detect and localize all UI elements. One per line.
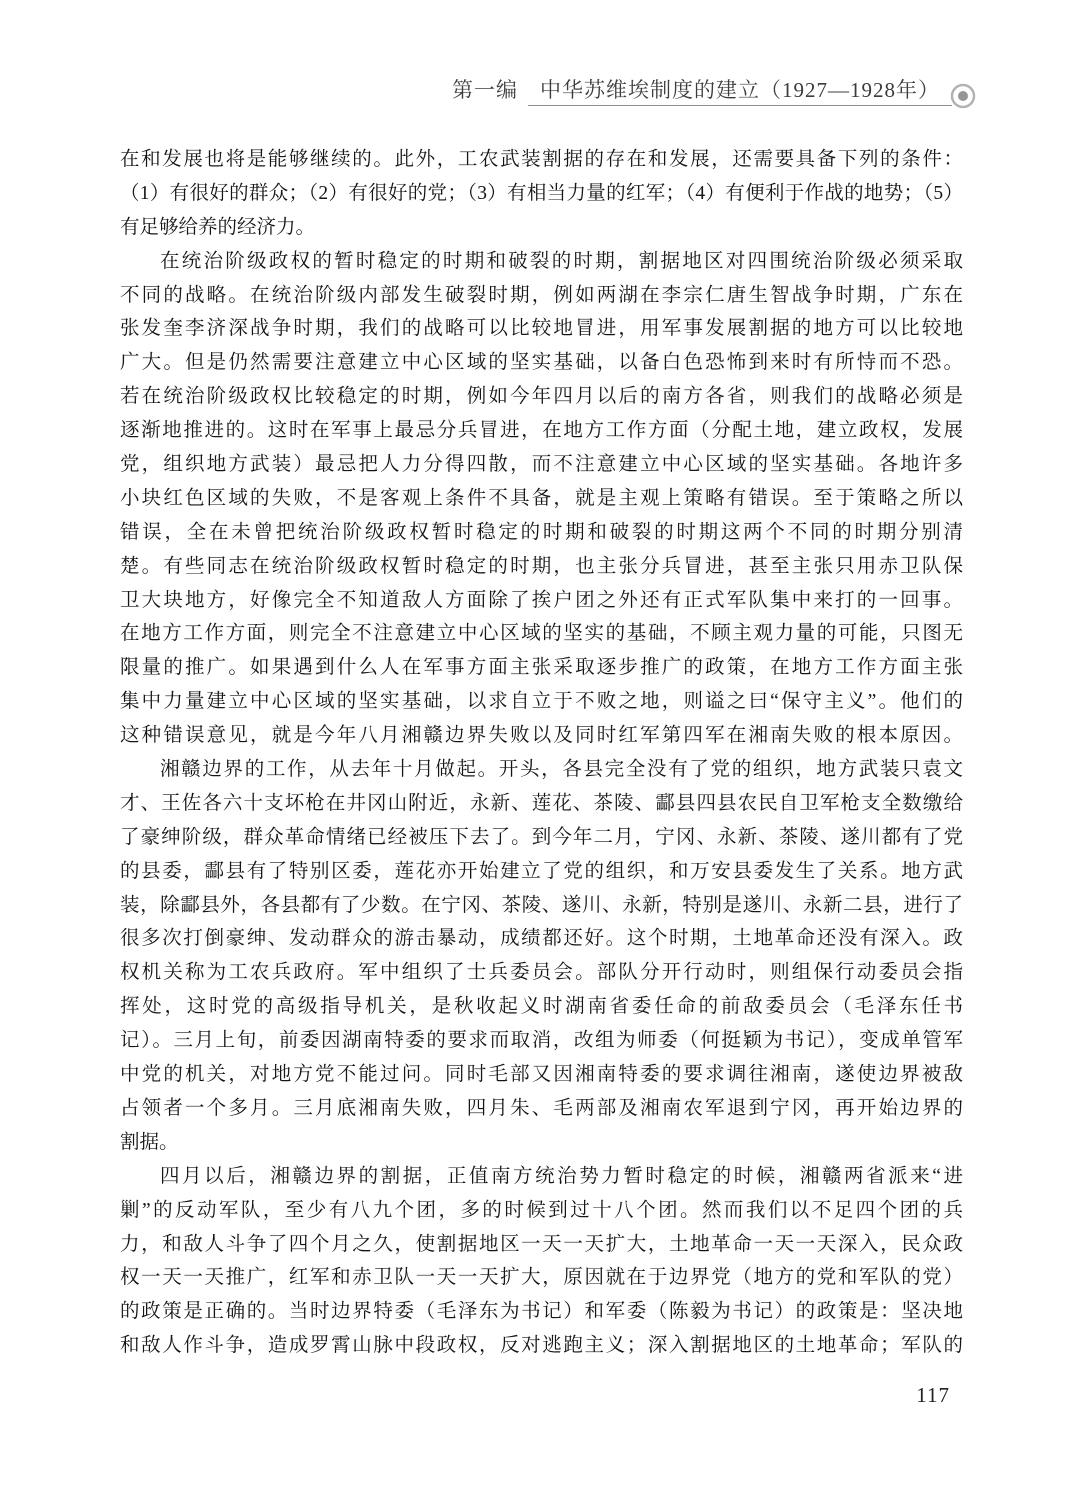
text-line: 限量的推广。如果遇到什么人在军事方面主张采取逐步推广的政策，在地方工作方面主张 bbox=[120, 651, 963, 685]
body-text: 在和发展也将是能够继续的。此外，工农武装割据的存在和发展，还需要具备下列的条件：… bbox=[120, 143, 963, 1363]
text-line: 逐渐地推进的。这时在军事上最忌分兵冒进，在地方工作方面（分配土地，建立政权，发展 bbox=[120, 414, 963, 448]
text-line: 卫大块地方，好像完全不知道敌人方面除了挨户团之外还有正式军队集中来打的一回事。 bbox=[120, 584, 963, 618]
text-line: 在地方工作方面，则完全不注意建立中心区域的坚实的基础，不顾主观力量的可能，只图无 bbox=[120, 617, 963, 651]
text-line: 不同的战略。在统治阶级内部发生破裂时期，例如两湖在李宗仁唐生智战争时期，广东在 bbox=[120, 279, 963, 313]
text-line: （1）有很好的群众；（2）有很好的党；（3）有相当力量的红军；（4）有便利于作战… bbox=[120, 177, 963, 211]
text-line: 占领者一个多月。三月底湘南失败，四月朱、毛两部及湘南农军退到宁冈，再开始边界的 bbox=[120, 1092, 963, 1126]
text-line: 中党的机关，对地方党不能过问。同时毛部又因湘南特委的要求调往湘南，遂使边界被敌 bbox=[120, 1058, 963, 1092]
text-line: 权一天一天推广，红军和赤卫队一天一天扩大，原因就在于边界党（地方的党和军队的党） bbox=[120, 1261, 963, 1295]
text-line: 若在统治阶级政权比较稳定的时期，例如今年四月以后的南方各省，则我们的战略必须是 bbox=[120, 380, 963, 414]
text-line: 权机关称为工农兵政府。军中组织了士兵委员会。部队分开行动时，则组保行动委员会指 bbox=[120, 956, 963, 990]
text-line: 才、王佐各六十支坏枪在井冈山附近，永新、莲花、茶陵、酃县四县农民自卫军枪支全数缴… bbox=[120, 787, 963, 821]
text-line: 有足够给养的经济力。 bbox=[120, 211, 963, 245]
text-line: 湘赣边界的工作，从去年十月做起。开头，各县完全没有了党的组织，地方武装只袁文 bbox=[120, 753, 963, 787]
text-line: 装，除酃县外，各县都有了少数。在宁冈、茶陵、遂川、永新，特别是遂川、永新二县，进… bbox=[120, 889, 963, 923]
text-line: 和敌人作斗争，造成罗霄山脉中段政权，反对逃跑主义；深入割据地区的土地革命；军队的 bbox=[120, 1329, 963, 1363]
text-line: 四月以后，湘赣边界的割据，正值南方统治势力暂时稳定的时候，湘赣两省派来“进 bbox=[120, 1160, 963, 1194]
text-line: 在和发展也将是能够继续的。此外，工农武装割据的存在和发展，还需要具备下列的条件： bbox=[120, 143, 963, 177]
text-line: 力，和敌人斗争了四个月之久，使割据地区一天一天扩大，土地革命一天一天深入，民众政 bbox=[120, 1228, 963, 1262]
text-line: 楚。有些同志在统治阶级政权暂时稳定的时期，也主张分兵冒进，甚至主张只用赤卫队保 bbox=[120, 550, 963, 584]
text-line: 集中力量建立中心区域的坚实基础，以求自立于不败之地，则谥之曰“保守主义”。他们的 bbox=[120, 685, 963, 719]
text-line: 的政策是正确的。当时边界特委（毛泽东为书记）和军委（陈毅为书记）的政策是：坚决地 bbox=[120, 1295, 963, 1329]
text-line: 错误，全在未曾把统治阶级政权暂时稳定的时期和破裂的时期这两个不同的时期分别清 bbox=[120, 516, 963, 550]
text-line: 广大。但是仍然需要注意建立中心区域的坚实基础，以备白色恐怖到来时有所恃而不恐。 bbox=[120, 346, 963, 380]
running-header-title: 第一编 中华苏维埃制度的建立（1927—1928年） bbox=[452, 74, 940, 104]
text-line: 党，组织地方武装）最忌把人力分得四散，而不注意建立中心区域的坚实基础。各地许多 bbox=[120, 448, 963, 482]
text-line: 挥处，这时党的高级指导机关，是秋收起义时湖南省委任命的前敌委员会（毛泽东任书 bbox=[120, 990, 963, 1024]
text-line: 记）。三月上旬，前委因湖南特委的要求而取消，改组为师委（何挺颖为书记），变成单管… bbox=[120, 1024, 963, 1058]
text-line: 割据。 bbox=[120, 1126, 963, 1160]
text-line: 的县委，酃县有了特别区委，莲花亦开始建立了党的组织，和万安县委发生了关系。地方武 bbox=[120, 855, 963, 889]
book-page: 第一编 中华苏维埃制度的建立（1927—1928年） 在和发展也将是能够继续的。… bbox=[0, 0, 1083, 1508]
target-circle-icon bbox=[948, 81, 978, 111]
header-rule bbox=[528, 105, 952, 106]
page-number: 117 bbox=[916, 1383, 950, 1408]
text-line: 很多次打倒豪绅、发动群众的游击暴动，成绩都还好。这个时期，土地革命还没有深入。政 bbox=[120, 922, 963, 956]
text-line: 张发奎李济深战争时期，我们的战略可以比较地冒进，用军事发展割据的地方可以比较地 bbox=[120, 312, 963, 346]
text-line: 剿”的反动军队，至少有八九个团，多的时候到过十八个团。然而我们以不足四个团的兵 bbox=[120, 1194, 963, 1228]
text-line: 小块红色区域的失败，不是客观上条件不具备，就是主观上策略有错误。至于策略之所以 bbox=[120, 482, 963, 516]
text-line: 在统治阶级政权的暂时稳定的时期和破裂的时期，割据地区对四围统治阶级必须采取 bbox=[120, 245, 963, 279]
text-line: 这种错误意见，就是今年八月湘赣边界失败以及同时红军第四军在湘南失败的根本原因。 bbox=[120, 719, 963, 753]
text-line: 了豪绅阶级，群众革命情绪已经被压下去了。到今年二月，宁冈、永新、茶陵、遂川都有了… bbox=[120, 821, 963, 855]
